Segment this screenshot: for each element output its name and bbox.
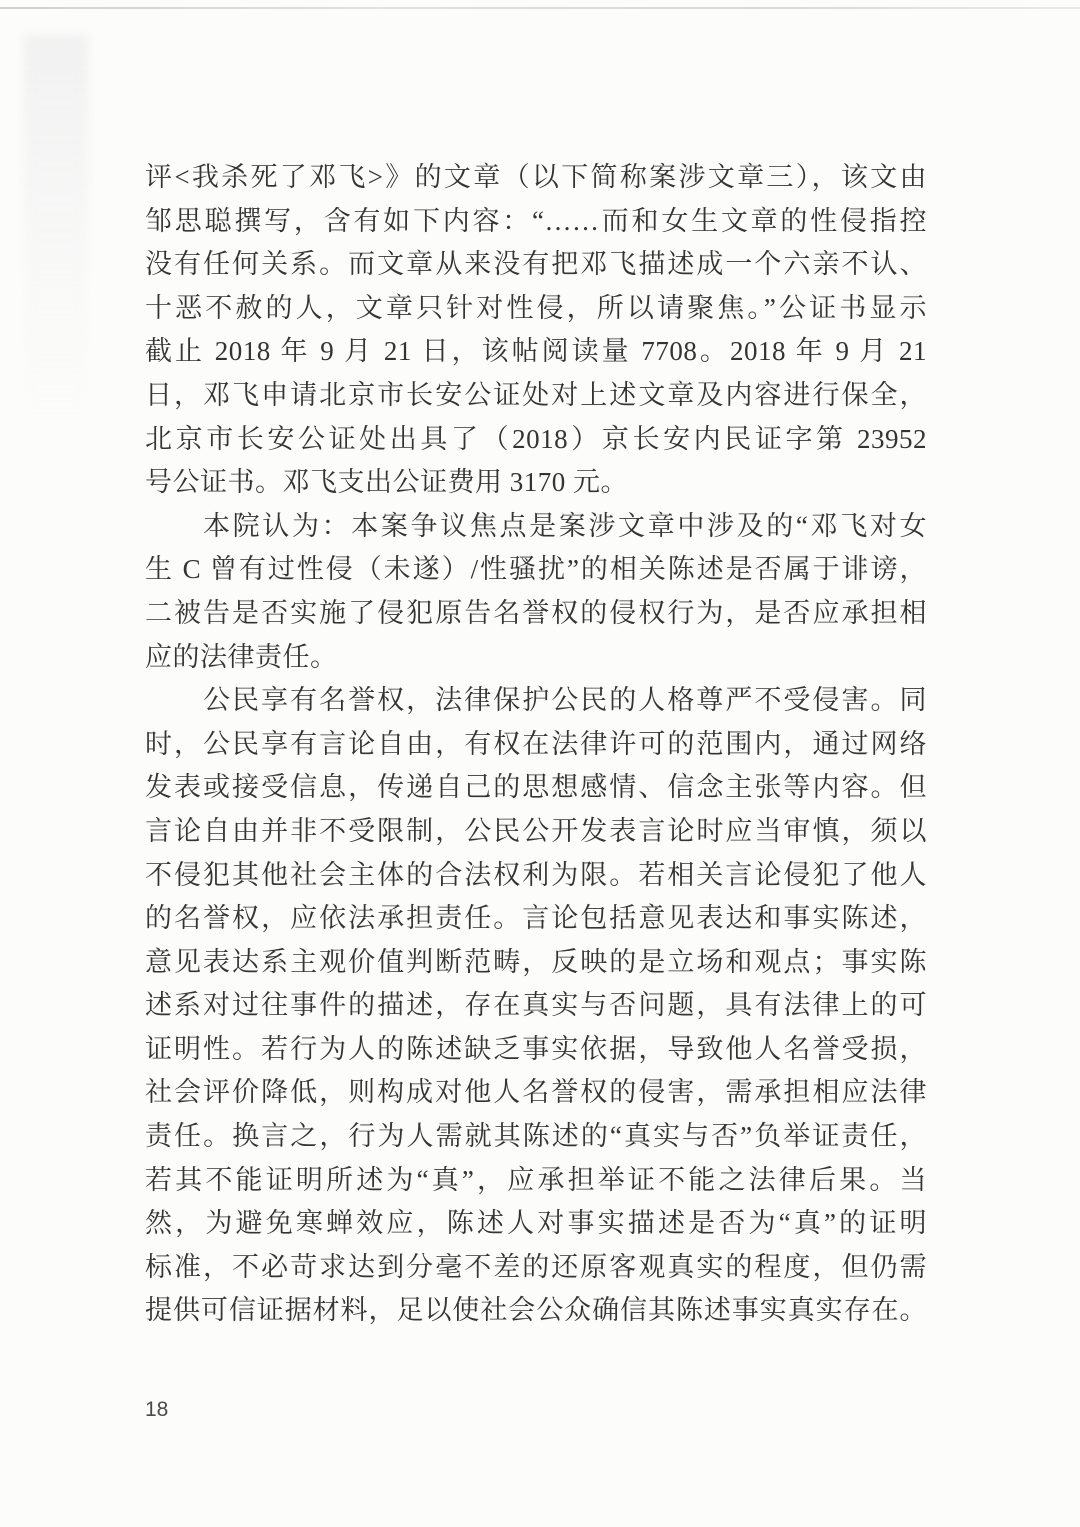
text-line: 不侵犯其他社会主体的合法权利为限。若相关言论侵犯了他人 [145,854,927,898]
text-line: 发表或接受信息，传递自己的思想感情、信念主张等内容。但 [145,766,927,810]
page-number: 18 [145,1398,168,1422]
judgment-text-block: 评<我杀死了邓飞>》的文章（以下简称案涉文章三），该文由 邹思聪撰写，含有如下内… [145,156,927,1333]
text-line: 生 C 曾有过性侵（未遂）/性骚扰”的相关陈述是否属于诽谤， [145,548,927,592]
text-line: 提供可信证据材料，足以使社会公众确信其陈述事实真实存在。 [145,1289,927,1333]
scan-shadow-artifact [24,35,88,435]
text-line: 标准，不必苛求达到分毫不差的还原客观真实的程度，但仍需 [145,1246,927,1290]
text-line: 意见表达系主观价值判断范畴，反映的是立场和观点；事实陈 [145,941,927,985]
text-line: 的名誉权，应依法承担责任。言论包括意见表达和事实陈述， [145,897,927,941]
text-line: 然，为避免寒蝉效应，陈述人对事实描述是否为“真”的证明 [145,1202,927,1246]
text-line: 证明性。若行为人的陈述缺乏事实依据，导致他人名誉受损， [145,1028,927,1072]
text-line-paragraph-end: 号公证书。邓飞支出公证费用 3170 元。 [145,461,927,505]
text-line: 时，公民享有言论自由，有权在法律许可的范围内，通过网络 [145,723,927,767]
text-line: 社会评价降低，则构成对他人名誉权的侵害，需承担相应法律 [145,1071,927,1115]
text-line: 述系对过往事件的描述，存在真实与否问题，具有法律上的可 [145,984,927,1028]
document-page: 评<我杀死了邓飞>》的文章（以下简称案涉文章三），该文由 邹思聪撰写，含有如下内… [0,0,1080,1527]
text-line-paragraph-end: 应的法律责任。 [145,636,927,680]
text-line-paragraph-start: 本院认为：本案争议焦点是案涉文章中涉及的“邓飞对女 [145,505,927,549]
text-line: 二被告是否实施了侵犯原告名誉权的侵权行为，是否应承担相 [145,592,927,636]
text-line-paragraph-start: 公民享有名誉权，法律保护公民的人格尊严不受侵害。同 [145,679,927,723]
text-line: 言论自由并非不受限制，公民公开发表言论时应当审慎，须以 [145,810,927,854]
text-line: 责任。换言之，行为人需就其陈述的“真实与否”负举证责任， [145,1115,927,1159]
text-line: 没有任何关系。而文章从来没有把邓飞描述成一个六亲不认、 [145,243,927,287]
text-line: 邹思聪撰写，含有如下内容：“……而和女生文章的性侵指控 [145,200,927,244]
text-line: 十恶不赦的人，文章只针对性侵，所以请聚焦。”公证书显示 [145,287,927,331]
text-line: 日，邓飞申请北京市长安公证处对上述文章及内容进行保全， [145,374,927,418]
scan-edge-line [0,7,1080,9]
text-line: 评<我杀死了邓飞>》的文章（以下简称案涉文章三），该文由 [145,156,927,200]
text-line: 北京市长安公证处出具了（2018）京长安内民证字第 23952 [145,418,927,462]
text-line: 截止 2018 年 9 月 21 日，该帖阅读量 7708。2018 年 9 月… [145,330,927,374]
text-line: 若其不能证明所述为“真”，应承担举证不能之法律后果。当 [145,1159,927,1203]
